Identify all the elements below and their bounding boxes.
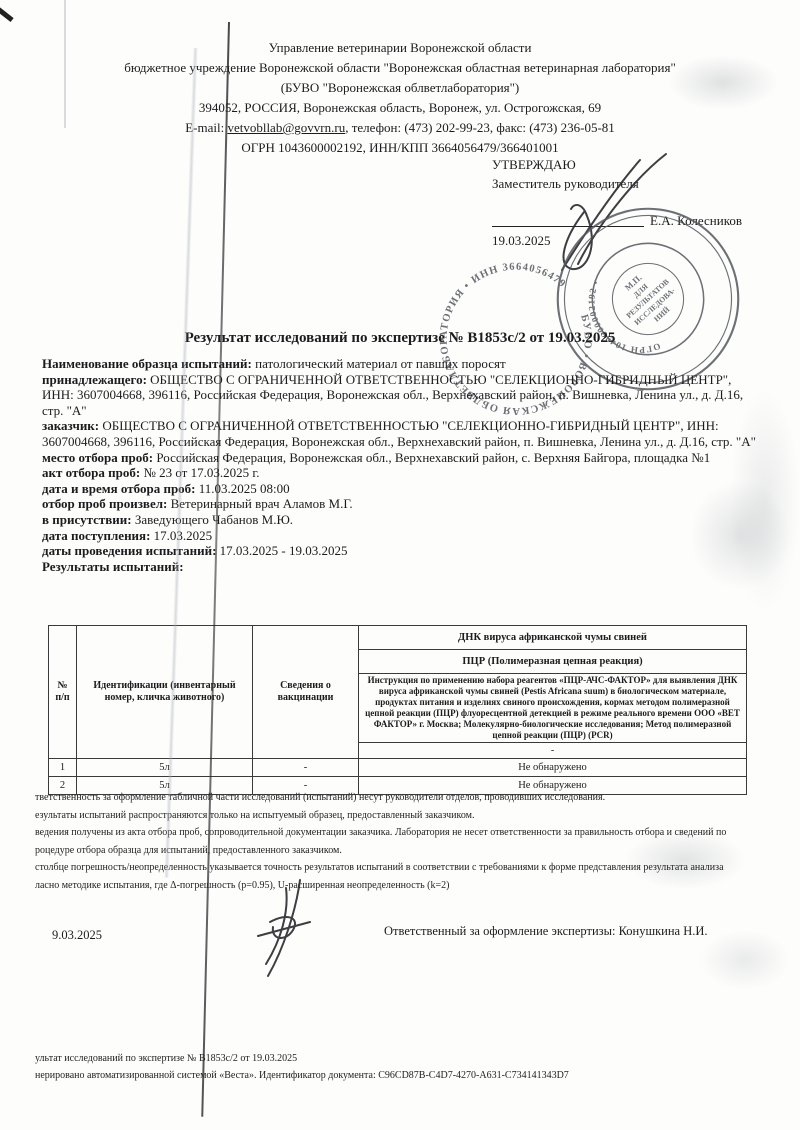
field-value: Ветеринарный врач Аламов М.Г.: [167, 496, 352, 511]
field-label: Результаты испытаний:: [42, 559, 184, 574]
field-value: ОБЩЕСТВО С ОГРАНИЧЕННОЙ ОТВЕТСТВЕННОСТЬЮ…: [42, 418, 756, 449]
field-label: место отбора проб:: [42, 450, 153, 465]
org-line-abbrev: (БУВО "Воронежская облветлаборатория"): [30, 78, 770, 98]
field-label: в присутствии:: [42, 512, 132, 527]
table-row: 1 5л - Не обнаружено: [49, 759, 747, 777]
test-header-instruction: Инструкция по применению набора реагенто…: [359, 674, 747, 743]
document-footer: ультат исследований по экспертизе № В185…: [35, 1050, 775, 1084]
field-value: патологический материал от павших порося…: [252, 356, 506, 371]
email-label: E-mail:: [185, 120, 227, 135]
field-value: Российская Федерация, Воронежская обл., …: [153, 450, 710, 465]
field-label: акт отбора проб:: [42, 465, 140, 480]
field-value: Заведующего Чабанов М.Ю.: [132, 512, 293, 527]
test-header-disease: ДНК вируса африканской чумы свиней: [359, 626, 747, 650]
field-label: Наименование образца испытаний:: [42, 356, 252, 371]
row-identification: 5л: [77, 759, 253, 777]
footer-vesta-id: нерировано автоматизированной системой «…: [35, 1067, 775, 1084]
field-witness: в присутствии: Заведующего Чабанов М.Ю.: [42, 512, 756, 528]
org-line-institution: бюджетное учреждение Воронежской области…: [30, 58, 770, 78]
results-table: № п/п Идентификации (инвентарный номер, …: [48, 625, 747, 795]
field-sample-name: Наименование образца испытаний: патологи…: [42, 356, 756, 372]
field-label: дата и время отбора проб:: [42, 481, 196, 496]
field-label: даты проведения испытаний:: [42, 543, 216, 558]
field-customer: заказчик: ОБЩЕСТВО С ОГРАНИЧЕННОЙ ОТВЕТС…: [42, 418, 756, 449]
field-receipt-date: дата поступления: 17.03.2025: [42, 528, 756, 544]
note-line: роцедуре отбора образца для испытаний, п…: [35, 842, 770, 860]
col-header-identification: Идентификации (инвентарный номер, кличка…: [77, 626, 253, 759]
note-line: езультаты испытаний распространяются тол…: [35, 807, 770, 825]
row-vaccination: -: [253, 759, 359, 777]
field-value: 17.03.2025 - 19.03.2025: [216, 543, 347, 558]
row-result: Не обнаружено: [359, 759, 747, 777]
email-address: vetvobllab@govvrn.ru: [227, 120, 345, 135]
field-sampling-place: место отбора проб: Российская Федерация,…: [42, 450, 756, 466]
field-label: принадлежащего:: [42, 372, 147, 387]
field-label: заказчик:: [42, 418, 99, 433]
test-header-dash: -: [359, 743, 747, 759]
field-value: 17.03.2025: [150, 528, 212, 543]
note-line: столбце погрешность/неопределенность ука…: [35, 859, 770, 877]
org-line-department: Управление ветеринарии Воронежской облас…: [30, 38, 770, 58]
responsible-signature-scribble: [236, 878, 336, 978]
col-header-num: № п/п: [49, 626, 77, 759]
field-sampling-act: акт отбора проб: № 23 от 17.03.2025 г.: [42, 465, 756, 481]
note-line: тветственность за оформление табличной ч…: [35, 789, 770, 807]
field-testing-dates: даты проведения испытаний: 17.03.2025 - …: [42, 543, 756, 559]
field-value: № 23 от 17.03.2025 г.: [140, 465, 259, 480]
scanned-document-page: Управление ветеринарии Воронежской облас…: [0, 0, 800, 1130]
document-title: Результат исследований по экспертизе № В…: [40, 330, 760, 347]
org-line-contacts: E-mail: vetvobllab@govvrn.ru, телефон: (…: [30, 118, 770, 138]
signoff-date: 9.03.2025: [52, 928, 102, 943]
field-results-heading: Результаты испытаний:: [42, 559, 756, 575]
field-value: 11.03.2025 08:00: [196, 481, 290, 496]
field-label: отбор проб произвел:: [42, 496, 167, 511]
field-sampling-datetime: дата и время отбора проб: 11.03.2025 08:…: [42, 481, 756, 497]
scan-smudge: [700, 930, 790, 990]
responsible-person: Ответственный за оформление экспертизы: …: [384, 924, 708, 939]
document-fields: Наименование образца испытаний: патологи…: [42, 356, 756, 574]
col-header-vaccination: Сведения о вакцинации: [253, 626, 359, 759]
field-label: дата поступления:: [42, 528, 150, 543]
test-header-method: ПЦР (Полимеразная цепная реакция): [359, 650, 747, 674]
footer-expertise-ref: ультат исследований по экспертизе № В185…: [35, 1050, 775, 1067]
row-num: 1: [49, 759, 77, 777]
note-line: ведения получены из акта отбора проб, со…: [35, 824, 770, 842]
org-header: Управление ветеринарии Воронежской облас…: [30, 38, 770, 158]
phone-fax: , телефон: (473) 202-99-23, факс: (473) …: [345, 120, 615, 135]
org-line-address: 394052, РОССИЯ, Воронежская область, Вор…: [30, 98, 770, 118]
field-owner: принадлежащего: ОБЩЕСТВО С ОГРАНИЧЕННОЙ …: [42, 372, 756, 419]
note-line: ласно методике испытания, где Δ-погрешно…: [35, 877, 770, 895]
notes-block: тветственность за оформление табличной ч…: [35, 789, 770, 895]
scan-corner-mark: [0, 7, 14, 22]
field-sampler: отбор проб произвел: Ветеринарный врач А…: [42, 496, 756, 512]
field-value: ОБЩЕСТВО С ОГРАНИЧЕННОЙ ОТВЕТСТВЕННОСТЬЮ…: [42, 372, 743, 418]
